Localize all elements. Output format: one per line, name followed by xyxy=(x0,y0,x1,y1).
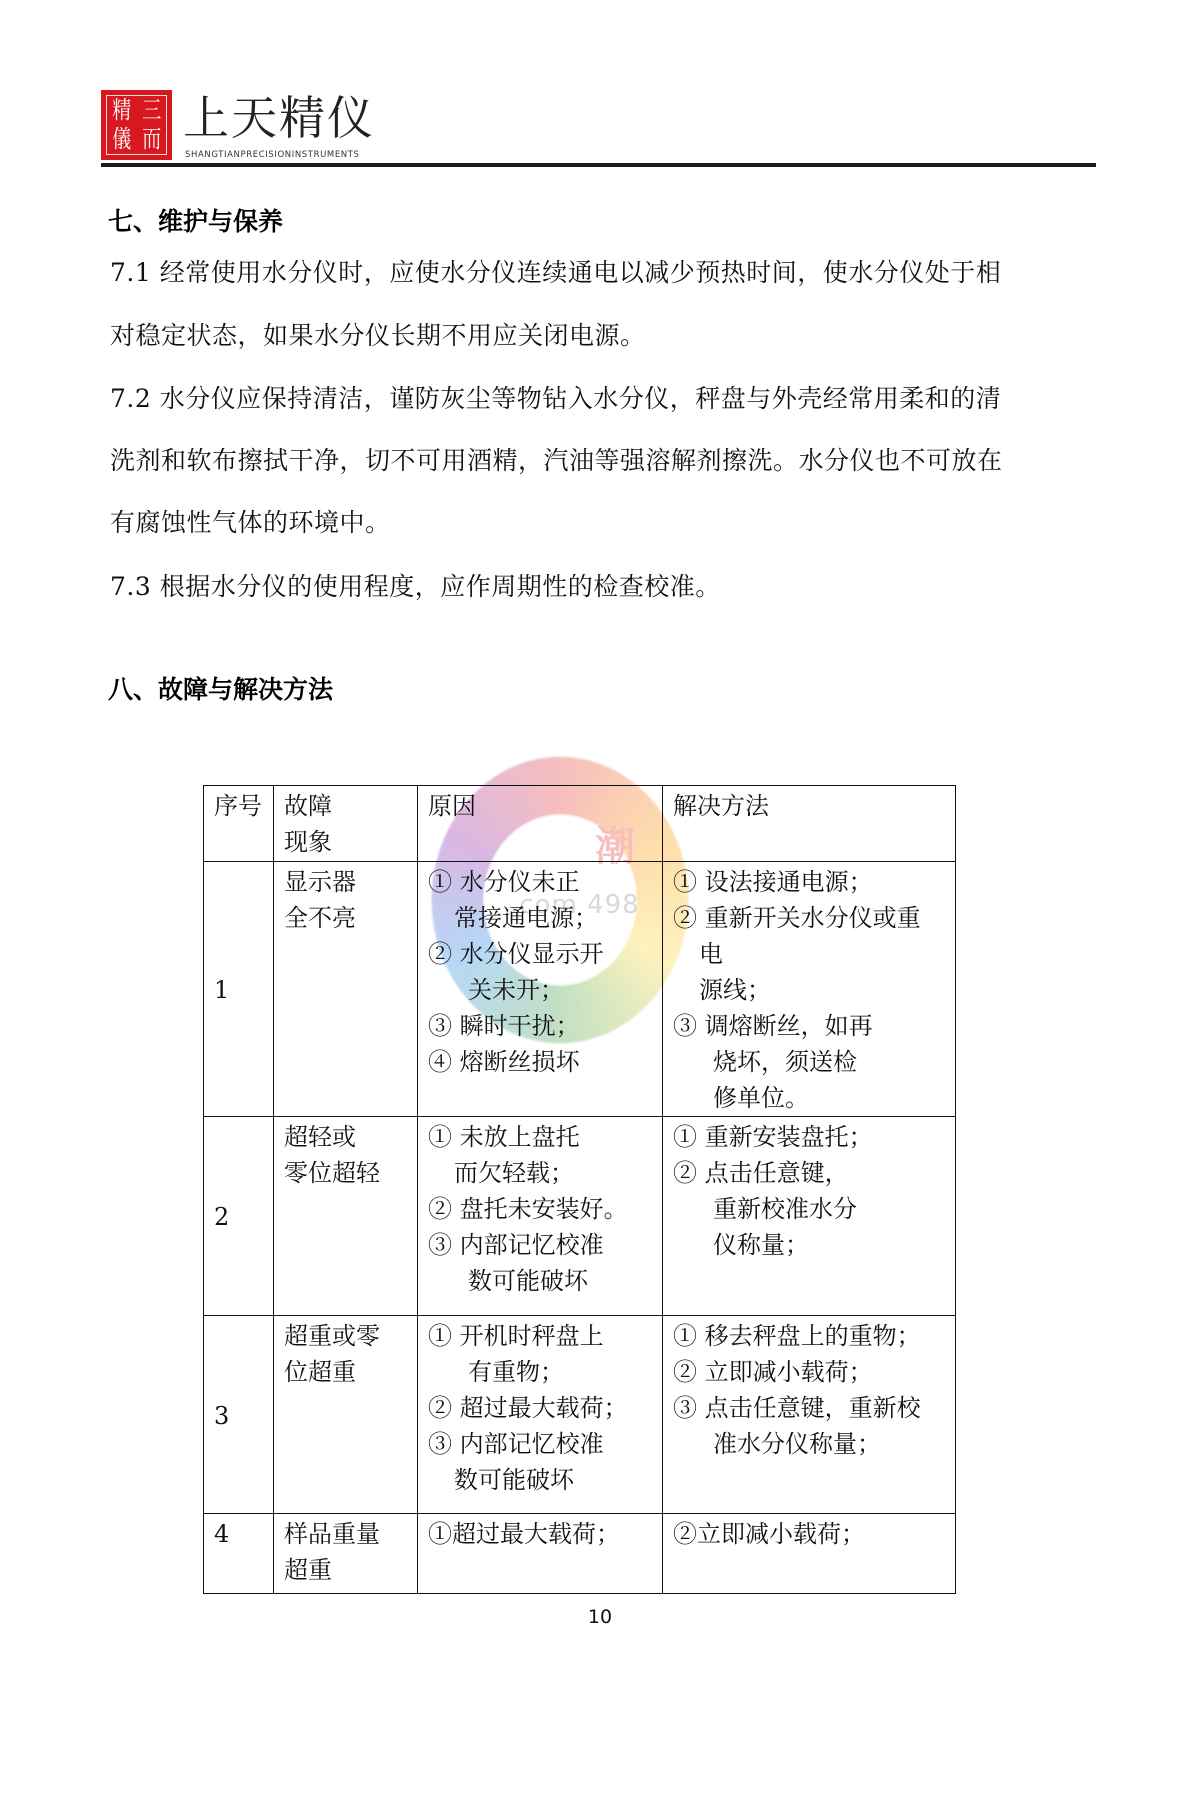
paragraph-line: 7.2 水分仪应保持清洁，谨防灰尘等物钻入水分仪，秤盘与外壳经常用柔和的清 xyxy=(110,384,1001,414)
header-cell-solution: 解决方法 xyxy=(663,786,956,862)
header-cell-fault: 故障 现象 xyxy=(274,786,418,862)
header-divider xyxy=(101,163,1096,167)
fault-cell: 显示器 全不亮 xyxy=(274,862,418,1117)
troubleshooting-table: 序号 故障 现象 原因 解决方法 1 显示器 全不亮 ① 水分仪未正 常接通电源… xyxy=(203,785,956,1594)
cause-cell: ① 开机时秤盘上 有重物； ② 超过最大载荷； ③ 内部记忆校准 数可能破坏 xyxy=(418,1316,663,1514)
table-row: 4 样品重量 超重 ①超过最大载荷； ②立即减小载荷； xyxy=(204,1514,956,1594)
row-number: 2 xyxy=(204,1117,274,1316)
cause-cell: ① 未放上盘托 而欠轻载； ② 盘托未安装好。 ③ 内部记忆校准 数可能破坏 xyxy=(418,1117,663,1316)
section-heading-maintenance: 七、维护与保养 xyxy=(108,207,283,237)
document-header: 精 三 儀 而 上天精仪 SHANGTIANPRECISIONINSTRUMEN… xyxy=(101,88,1096,168)
fault-cell: 超重或零 位超重 xyxy=(274,1316,418,1514)
table-row: 1 显示器 全不亮 ① 水分仪未正 常接通电源； ② 水分仪显示开 关未开； ③… xyxy=(204,862,956,1117)
table-row: 3 超重或零 位超重 ① 开机时秤盘上 有重物； ② 超过最大载荷； ③ 内部记… xyxy=(204,1316,956,1514)
row-number: 1 xyxy=(204,862,274,1117)
row-number: 4 xyxy=(204,1514,274,1594)
seal-char: 而 xyxy=(139,125,163,154)
brand-seal-logo: 精 三 儀 而 xyxy=(101,90,172,160)
paragraph-line: 有腐蚀性气体的环境中。 xyxy=(110,508,391,538)
header-cell-cause: 原因 xyxy=(418,786,663,862)
fault-cell: 超轻或 零位超轻 xyxy=(274,1117,418,1316)
brand-name: 上天精仪 xyxy=(183,92,375,144)
solution-cell: ① 重新安装盘托； ② 点击任意键， 重新校准水分 仪称量； xyxy=(663,1117,956,1316)
section-heading-troubleshooting: 八、故障与解决方法 xyxy=(108,675,333,705)
paragraph-line: 7.1 经常使用水分仪时，应使水分仪连续通电以减少预热时间，使水分仪处于相 xyxy=(110,258,1001,288)
page-number: 10 xyxy=(0,1606,1200,1628)
seal-char: 精 xyxy=(110,96,134,125)
paragraph-line: 洗剂和软布擦拭干净，切不可用酒精，汽油等强溶解剂擦洗。水分仪也不可放在 xyxy=(110,446,1003,476)
table-header-row: 序号 故障 现象 原因 解决方法 xyxy=(204,786,956,862)
paragraph-line: 对稳定状态，如果水分仪长期不用应关闭电源。 xyxy=(110,321,646,351)
seal-char: 儀 xyxy=(110,125,134,154)
seal-icon: 精 三 儀 而 xyxy=(106,95,167,155)
solution-cell: ②立即减小载荷； xyxy=(663,1514,956,1594)
header-cell-no: 序号 xyxy=(204,786,274,862)
table-row: 2 超轻或 零位超轻 ① 未放上盘托 而欠轻载； ② 盘托未安装好。 ③ 内部记… xyxy=(204,1117,956,1316)
seal-char: 三 xyxy=(139,96,163,125)
solution-cell: ① 移去秤盘上的重物； ② 立即减小载荷； ③ 点击任意键，重新校 准水分仪称量… xyxy=(663,1316,956,1514)
paragraph-line: 7.3 根据水分仪的使用程度，应作周期性的检查校准。 xyxy=(110,572,721,602)
fault-cell: 样品重量 超重 xyxy=(274,1514,418,1594)
cause-cell: ①超过最大载荷； xyxy=(418,1514,663,1594)
brand-subtitle: SHANGTIANPRECISIONINSTRUMENTS xyxy=(185,150,360,160)
row-number: 3 xyxy=(204,1316,274,1514)
solution-cell: ① 设法接通电源； ② 重新开关水分仪或重 电 源线； ③ 调熔断丝，如再 烧坏… xyxy=(663,862,956,1117)
cause-cell: ① 水分仪未正 常接通电源； ② 水分仪显示开 关未开； ③ 瞬时干扰； ④ 熔… xyxy=(418,862,663,1117)
